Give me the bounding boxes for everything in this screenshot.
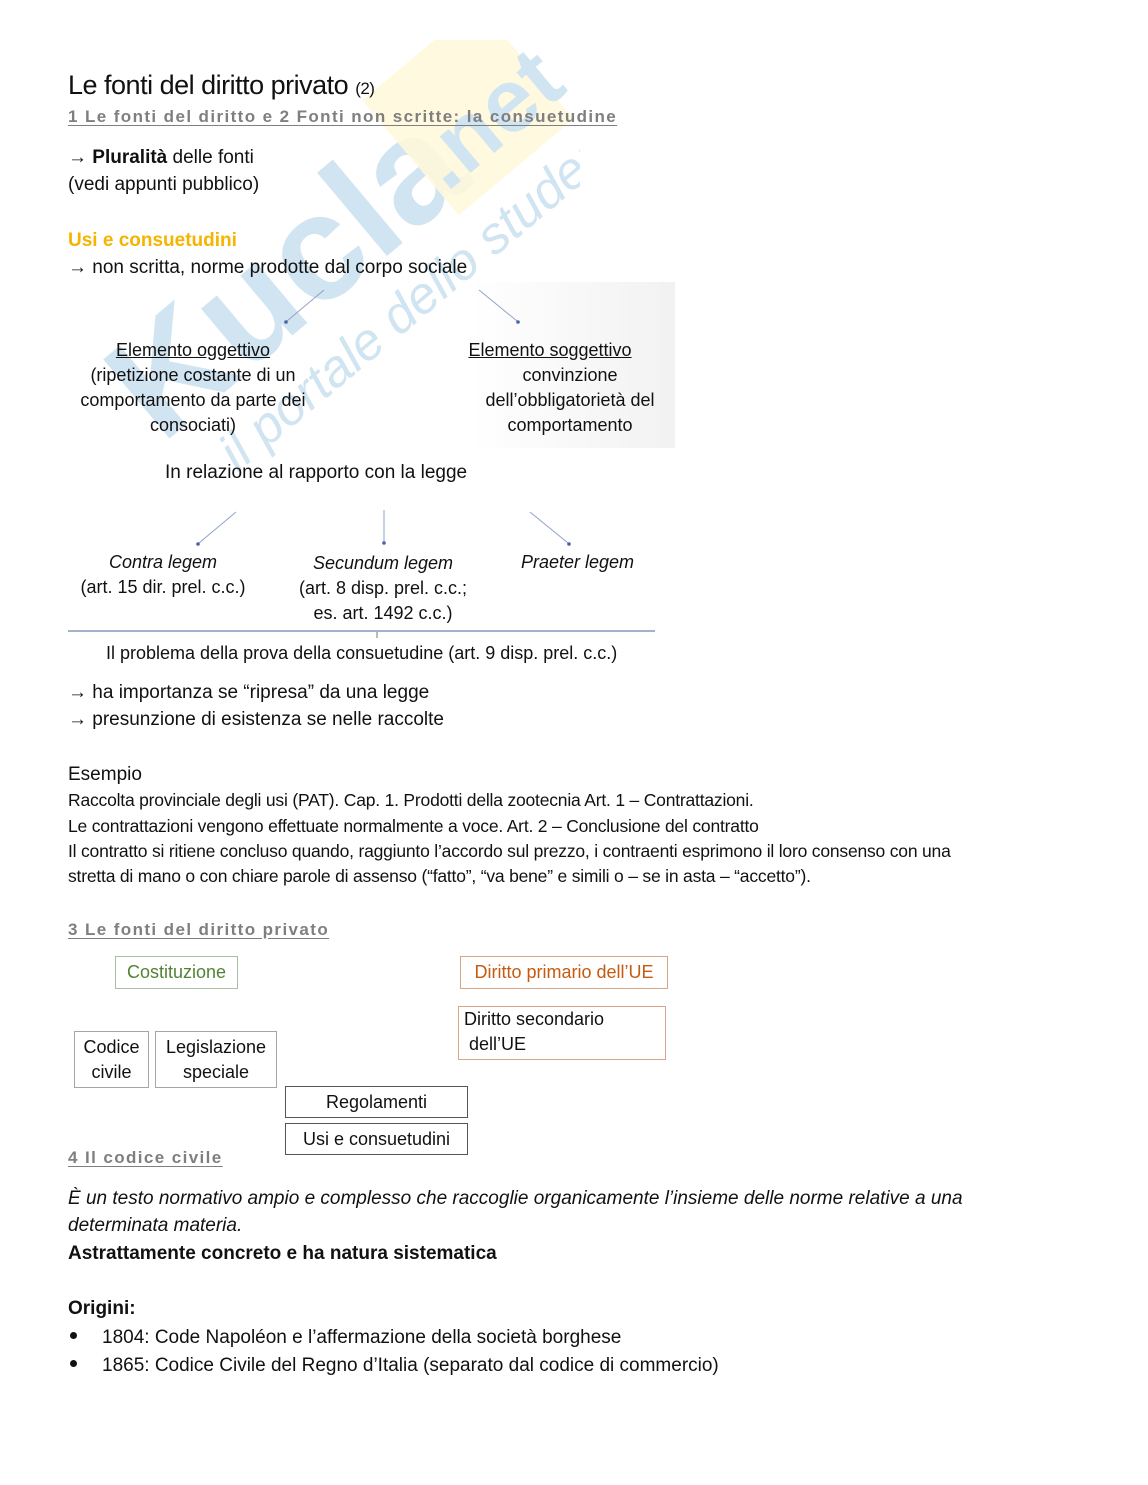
element-title: Elemento oggettivo: [68, 338, 318, 363]
box-diritto-secondario-ue: Diritto secondario dell’UE: [458, 1006, 666, 1060]
origins-item: 1804: Code Napoléon e l’affermazione del…: [70, 1327, 621, 1349]
type-name: Contra legem: [68, 550, 258, 575]
section-3-heading: 3 Le fonti del diritto privato: [68, 920, 329, 940]
box-diritto-primario-ue: Diritto primario dell’UE: [460, 956, 668, 989]
box-usi-consuetudini: Usi e consuetudini: [285, 1123, 468, 1155]
type-name: Praeter legem: [505, 550, 650, 575]
origins-text: 1865: Codice Civile del Regno d’Italia (…: [102, 1355, 719, 1376]
box-line: civile: [91, 1060, 131, 1085]
element-line: comportamento: [460, 413, 680, 438]
element-line: convinzione: [460, 363, 680, 388]
element-line: dell’obbligatorietà del: [460, 388, 680, 413]
type-praeter-legem: Praeter legem: [505, 550, 650, 575]
point-item: → ha importanza se “ripresa” da una legg…: [68, 682, 429, 704]
example-line: Le contrattazioni vengono effettuate nor…: [68, 816, 759, 837]
type-contra-legem: Contra legem (art. 15 dir. prel. c.c.): [68, 550, 258, 600]
example-label: Esempio: [68, 764, 142, 786]
bullet-icon: [70, 1332, 77, 1339]
element-line: comportamento da parte dei: [68, 388, 318, 413]
element-title: Elemento soggettivo: [420, 338, 680, 363]
box-regolamenti: Regolamenti: [285, 1086, 468, 1118]
origins-label: Origini:: [68, 1298, 136, 1320]
type-secundum-legem: Secundum legem (art. 8 disp. prel. c.c.;…: [283, 551, 483, 626]
type-line: es. art. 1492 c.c.): [283, 601, 483, 626]
type-line: (art. 8 disp. prel. c.c.;: [283, 576, 483, 601]
relation-label: In relazione al rapporto con la legge: [165, 462, 467, 484]
codice-definition-line: determinata materia.: [68, 1215, 242, 1237]
point-text: ha importanza se “ripresa” da una legge: [92, 682, 429, 703]
proof-problem: Il problema della prova della consuetudi…: [106, 641, 617, 666]
origins-text: 1804: Code Napoléon e l’affermazione del…: [102, 1327, 621, 1348]
box-line: dell’UE: [464, 1032, 526, 1057]
type-line: (art. 15 dir. prel. c.c.): [68, 575, 258, 600]
element-line: consociati): [68, 413, 318, 438]
example-line: Raccolta provinciale degli usi (PAT). Ca…: [68, 790, 754, 811]
bullet-icon: [70, 1360, 77, 1367]
section-4-heading: 4 Il codice civile: [68, 1148, 223, 1168]
box-line: Codice: [83, 1035, 139, 1060]
box-legislazione-speciale: Legislazione speciale: [155, 1031, 277, 1088]
arrow-right-icon: →: [68, 709, 87, 730]
element-soggettivo: Elemento soggettivo convinzione dell’obb…: [460, 338, 680, 438]
arrow-right-icon: →: [68, 682, 87, 703]
box-costituzione: Costituzione: [115, 956, 238, 989]
box-line: Legislazione: [166, 1035, 266, 1060]
element-oggettivo: Elemento oggettivo (ripetizione costante…: [68, 338, 318, 438]
type-name: Secundum legem: [283, 551, 483, 576]
element-line: (ripetizione costante di un: [68, 363, 318, 388]
point-item: → presunzione di esistenza se nelle racc…: [68, 709, 444, 731]
box-line: speciale: [183, 1060, 249, 1085]
example-line: stretta di mano o con chiare parole di a…: [68, 866, 811, 887]
codice-bold-statement: Astrattamente concreto e ha natura siste…: [68, 1243, 497, 1265]
box-line: Diritto secondario: [464, 1007, 604, 1032]
point-text: presunzione di esistenza se nelle raccol…: [92, 709, 444, 730]
box-codice-civile: Codice civile: [74, 1031, 149, 1088]
example-line: Il contratto si ritiene concluso quando,…: [68, 841, 951, 862]
codice-definition-line: È un testo normativo ampio e complesso c…: [68, 1188, 963, 1210]
origins-item: 1865: Codice Civile del Regno d’Italia (…: [70, 1355, 719, 1377]
